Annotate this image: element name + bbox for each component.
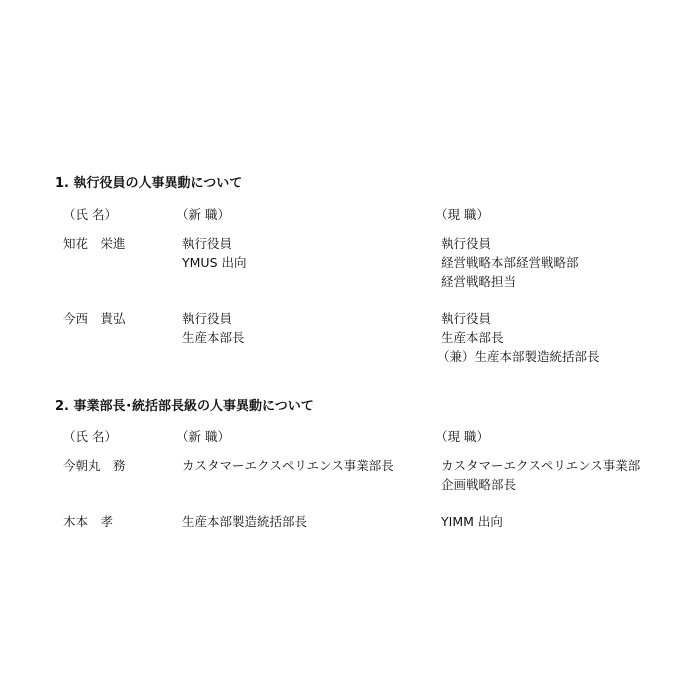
section-1-row-2-current-position: 執行役員 生産本部長 （兼）生産本部製造統括部長: [441, 309, 600, 366]
current-position-line: 企画戦略部長: [441, 475, 640, 494]
section-2-row-1-current-position: カスタマーエクスペリエンス事業部 企画戦略部長: [441, 456, 640, 494]
section-2-title: 2. 事業部長･統括部長級の人事異動について: [55, 395, 314, 414]
new-position-line: 生産本部長: [182, 328, 245, 347]
new-position-line: カスタマーエクスペリエンス事業部長: [182, 456, 394, 475]
new-position-line: YMUS 出向: [182, 253, 246, 272]
current-position-line: カスタマーエクスペリエンス事業部: [441, 456, 640, 475]
current-position-line: 生産本部長: [441, 328, 600, 347]
section-1-row-1-current-position: 執行役員 経営戦略本部経営戦略部 経営戦略担当: [441, 234, 579, 291]
section-1-row-2-new-position: 執行役員 生産本部長: [182, 309, 245, 347]
section-1-row-1-new-position: 執行役員 YMUS 出向: [182, 234, 246, 272]
section-1-header-new-position: （新 職）: [176, 205, 230, 223]
current-position-line: 経営戦略担当: [441, 272, 579, 291]
section-1-row-1-name: 知花 栄進: [63, 234, 126, 253]
new-position-line: 執行役員: [182, 309, 245, 328]
current-position-line: （兼）生産本部製造統括部長: [437, 347, 600, 366]
current-position-line: 執行役員: [441, 309, 600, 328]
section-2-row-1-new-position: カスタマーエクスペリエンス事業部長: [182, 456, 394, 475]
section-2-row-2-name: 木本 孝: [63, 512, 113, 531]
current-position-line: 経営戦略本部経営戦略部: [441, 253, 579, 272]
section-1-header-current-position: （現 職）: [435, 205, 489, 223]
section-2-row-2-current-position: YIMM 出向: [441, 512, 503, 531]
section-2-header-new-position: （新 職）: [176, 427, 230, 445]
section-2-row-2-new-position: 生産本部製造統括部長: [182, 512, 307, 531]
new-position-line: 執行役員: [182, 234, 246, 253]
new-position-line: 生産本部製造統括部長: [182, 512, 307, 531]
section-2-row-1-name: 今朝丸 務: [63, 456, 126, 475]
section-1-header-name: （氏 名）: [63, 205, 117, 223]
document-page: 1. 執行役員の人事異動について （氏 名） （新 職） （現 職） 知花 栄進…: [0, 0, 700, 700]
section-1-title: 1. 執行役員の人事異動について: [55, 172, 242, 191]
section-1-row-2-name: 今西 貴弘: [63, 309, 126, 328]
section-2-header-current-position: （現 職）: [435, 427, 489, 445]
current-position-line: 執行役員: [441, 234, 579, 253]
section-2-header-name: （氏 名）: [63, 427, 117, 445]
current-position-line: YIMM 出向: [441, 512, 503, 531]
